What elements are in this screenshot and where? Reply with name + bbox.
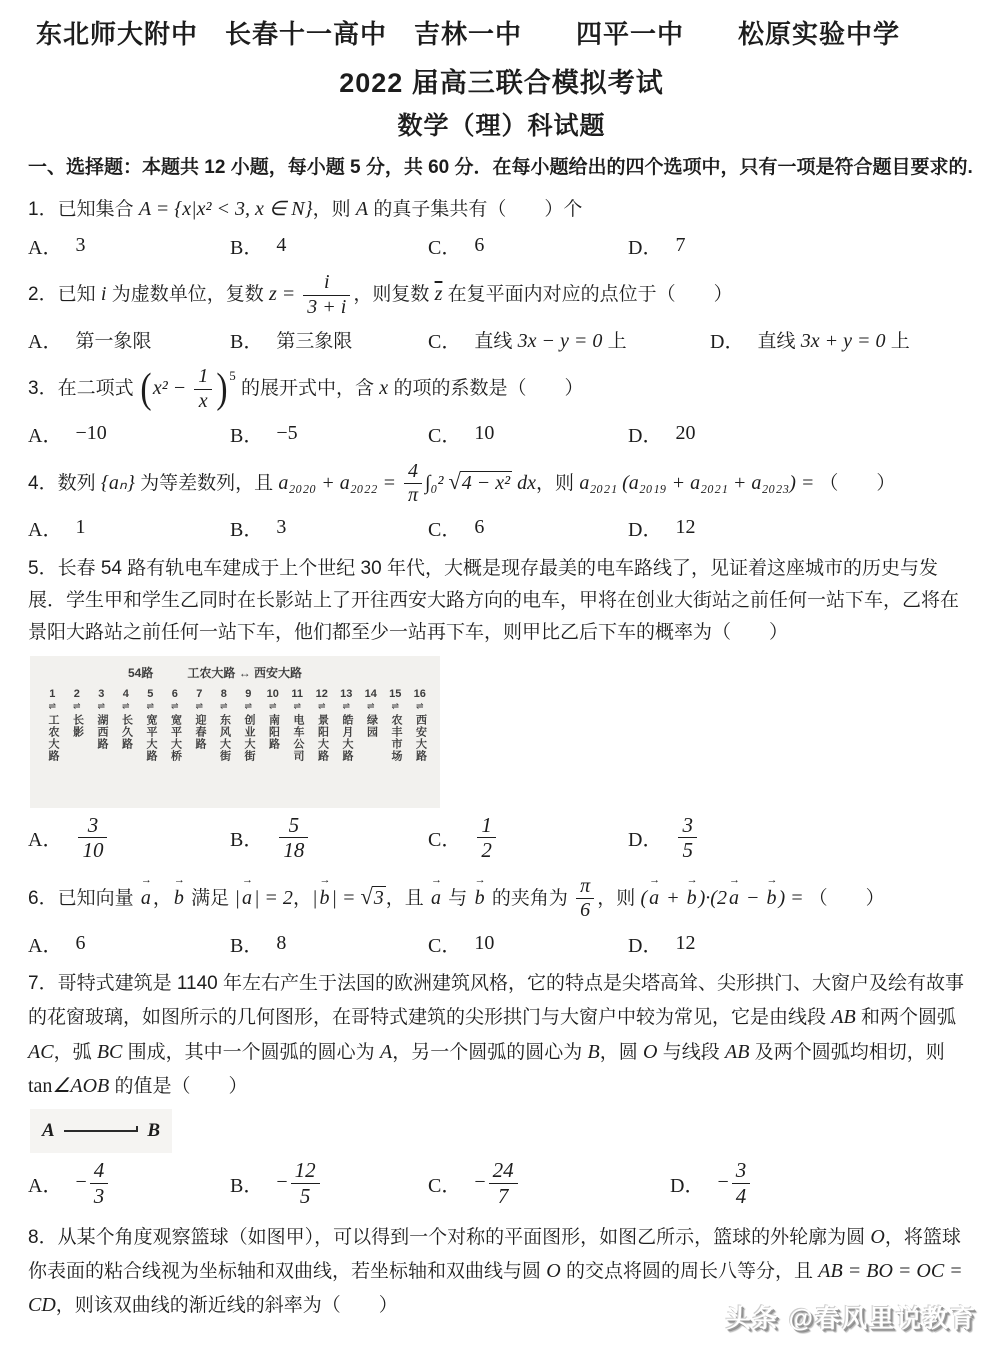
vector-arrow-icon: → — [475, 871, 486, 890]
option-content: −125 — [276, 1157, 322, 1209]
station-name: 皓月大路 — [340, 714, 352, 798]
option: B．4 — [230, 230, 428, 260]
math-run: 3x − y = 0 — [518, 330, 603, 352]
station-marker-icon: ⇌ — [97, 701, 105, 712]
text-run: 为等差数列，且 — [135, 473, 279, 494]
math-run: O — [546, 1260, 560, 1282]
option-label: D． — [628, 231, 662, 260]
option: B．−125 — [230, 1157, 428, 1209]
denominator: 5 — [291, 1184, 320, 1208]
station-marker-icon: ⇌ — [73, 701, 81, 712]
vector-symbol: a→ — [139, 881, 153, 915]
vector-letter: b — [766, 887, 776, 909]
square-root: √3 — [360, 887, 385, 909]
fraction: 12 — [477, 814, 496, 862]
question-7-stem: 7．哥特式建筑是 1140 年左右产生于法国的欧洲建筑风格，它的特点是尖塔高耸、… — [28, 968, 975, 1103]
math-run: ) = — [778, 887, 808, 909]
option-label: C． — [428, 513, 461, 542]
text-run: ，圆 — [600, 1042, 643, 1063]
numerator: 5 — [279, 814, 308, 839]
math-run: ∫₀² — [425, 472, 448, 494]
radical-sign: √ — [448, 469, 460, 494]
option-content: 3 — [276, 516, 286, 539]
math-run: x — [379, 378, 388, 400]
option-content: 6 — [75, 932, 85, 955]
question-1-stem: 1．已知集合 A = {x|x² < 3, x ∈ N}，则 A 的真子集共有（… — [28, 192, 975, 226]
math-run: + — [661, 887, 685, 909]
math-run: dx — [512, 472, 536, 494]
denominator: 10 — [78, 838, 107, 862]
text-run: 7．哥特式建筑是 1140 年左右产生于法国的欧洲建筑风格，它的特点是尖塔高耸、… — [28, 973, 964, 1028]
vector-symbol: a→ — [429, 881, 443, 915]
station-name: 南阳路 — [267, 714, 279, 798]
math-upright-run: 12 — [675, 516, 695, 538]
question-3-stem: 3．在二项式 (x² − 1x)5 的展开式中，含 x 的项的系数是（ ） — [28, 364, 975, 414]
question-6-stem: 6．已知向量 a→，b→ 满足 |a→| = 2，|b→| = √3，且 a→ … — [28, 874, 975, 924]
station-marker-icon: ⇌ — [342, 701, 350, 712]
text-run: 上 — [885, 331, 909, 352]
station-number: 9 — [245, 688, 251, 700]
station-number: 11 — [291, 688, 303, 700]
station-name: 东风大街 — [218, 714, 230, 798]
math-upright-run: 8 — [276, 932, 286, 954]
option-label: A． — [28, 513, 62, 542]
fraction: π6 — [576, 876, 594, 922]
text-run: 和两个圆弧 — [856, 1007, 956, 1028]
option-content: −43 — [75, 1157, 111, 1209]
station-marker-icon: ⇌ — [293, 701, 301, 712]
station-number: 10 — [267, 688, 279, 700]
route-station: 1⇌工农大路 — [40, 688, 65, 798]
station-number: 4 — [123, 688, 129, 700]
text-run: ，则 — [597, 888, 640, 909]
route-station: 14⇌绿园 — [359, 688, 384, 798]
text-run: ，则 — [313, 199, 356, 220]
option-content: 6 — [474, 234, 484, 257]
text-run: 与线段 — [657, 1042, 725, 1063]
station-name: 绿园 — [365, 714, 377, 798]
denominator: 5 — [678, 838, 697, 862]
vector-arrow-icon: → — [729, 871, 740, 890]
option: D．−34 — [670, 1157, 975, 1209]
numerator: i — [303, 272, 350, 296]
option: A．3 — [28, 230, 230, 260]
station-number: 1 — [49, 688, 55, 700]
option-label: D． — [710, 325, 744, 354]
fraction: 1x — [194, 366, 212, 412]
option-content: 12 — [474, 812, 499, 864]
option-label: C． — [428, 419, 461, 448]
option: C．直线 3x − y = 0 上 — [428, 324, 710, 354]
option-label: D． — [670, 1169, 704, 1198]
vector-arrow-icon: → — [174, 871, 185, 890]
numerator: 4 — [90, 1159, 109, 1184]
route-station: 16⇌西安大路 — [408, 688, 433, 798]
question-2-options: A．第一象限B．第三象限C．直线 3x − y = 0 上D．直线 3x + y… — [28, 324, 975, 354]
option-label: A． — [28, 231, 62, 260]
vector-letter: a — [431, 887, 441, 909]
option: C．6 — [428, 230, 628, 260]
route-station: 8⇌东风大街 — [212, 688, 237, 798]
option-content: 直线 3x + y = 0 上 — [757, 326, 909, 353]
option-label: D． — [628, 513, 662, 542]
option-label: B． — [230, 513, 263, 542]
station-number: 2 — [74, 688, 80, 700]
text-run: 的真子集共有（ ）个 — [368, 199, 582, 220]
fraction: 310 — [78, 814, 107, 862]
option-content: 直线 3x − y = 0 上 — [474, 326, 626, 353]
question-4-options: A．1B．3C．6D．12 — [28, 513, 975, 543]
denominator: x — [194, 390, 212, 413]
tram-route-figure: 54路 工农大路 ↔ 西安大路 1⇌工农大路2⇌长影3⇌湖西路4⇌长久路5⇌宽平… — [30, 656, 440, 808]
math-run: ∠AOB — [52, 1075, 109, 1097]
option-content: 35 — [675, 812, 700, 864]
station-name: 农丰市场 — [389, 714, 401, 798]
option: A．310 — [28, 812, 230, 864]
text-run: 1．已知集合 — [28, 199, 139, 220]
option-content: 10 — [474, 932, 494, 955]
option-label: D． — [628, 929, 662, 958]
vector-symbol: b→ — [685, 881, 699, 915]
vector-arrow-icon: → — [649, 871, 660, 890]
station-number: 14 — [365, 688, 377, 700]
option-label: A． — [28, 419, 62, 448]
option-content: 12 — [675, 932, 695, 955]
math-run: BC — [97, 1041, 123, 1063]
vector-symbol: a→ — [240, 881, 254, 915]
math-run: a₂₀₂₀ + a₂₀₂₂ = — [278, 472, 401, 494]
vector-symbol: a→ — [647, 881, 661, 915]
math-upright-run: − — [276, 1171, 287, 1193]
vector-arrow-icon: → — [319, 871, 330, 890]
route-line-label: 54路 — [128, 664, 153, 681]
fraction: 35 — [678, 814, 697, 862]
text-run: 的值是（ ） — [109, 1076, 247, 1097]
option-content: 8 — [276, 932, 286, 955]
station-name: 长影 — [71, 714, 83, 798]
question-4-stem: 4．数列 {aₙ} 为等差数列，且 a₂₀₂₀ + a₂₀₂₂ = 4π∫₀² … — [28, 459, 975, 509]
text-run: 3．在二项式 — [28, 379, 139, 400]
vector-arrow-icon: → — [687, 871, 698, 890]
math-run: | = — [331, 887, 360, 909]
question-1-options: A．3B．4C．6D．7 — [28, 230, 975, 260]
fraction: 247 — [489, 1159, 518, 1207]
option-label: C． — [428, 231, 461, 260]
point-a-label: A — [42, 1120, 55, 1142]
text-run: 直线 — [757, 331, 800, 352]
option-label: B． — [230, 929, 263, 958]
text-run: 的展开式中，含 — [236, 379, 380, 400]
option-label: C． — [428, 929, 461, 958]
station-number: 7 — [196, 688, 202, 700]
math-run: AB — [725, 1041, 749, 1063]
vector-symbol: b→ — [317, 881, 331, 915]
option: A．−43 — [28, 1157, 230, 1209]
text-run: ，则 — [536, 473, 579, 494]
station-number: 13 — [340, 688, 352, 700]
math-run: | = 2 — [254, 887, 293, 909]
station-marker-icon: ⇌ — [122, 701, 130, 712]
math-upright-run: 6 — [474, 234, 484, 256]
station-marker-icon: ⇌ — [48, 701, 56, 712]
big-paren: ( — [140, 371, 151, 409]
numerator: 1 — [477, 814, 496, 839]
option-label: B． — [230, 231, 263, 260]
option: C．−247 — [428, 1157, 670, 1209]
vector-arrow-icon: → — [242, 871, 253, 890]
segment-line — [64, 1130, 139, 1132]
header-school-names: 东北师大附中 长春十一高中 吉林一中 四平一中 松原实验中学 — [28, 14, 975, 51]
text-run: 6．已知向量 — [28, 888, 139, 909]
vector-letter: a — [242, 887, 252, 909]
text-run: （ ） — [809, 888, 885, 909]
option-content: −5 — [276, 422, 297, 445]
vector-letter: a — [649, 887, 659, 909]
station-name: 景阳大路 — [316, 714, 328, 798]
option: B．−5 — [230, 419, 428, 449]
text-run: 在复平面内对应的点位于（ ） — [442, 284, 732, 305]
arch-segment-figure: A B — [30, 1109, 172, 1153]
station-number: 6 — [172, 688, 178, 700]
option: C．6 — [428, 513, 628, 543]
exam-title: 2022 届高三联合模拟考试 — [28, 61, 975, 100]
vector-letter: a — [141, 887, 151, 909]
fraction: 518 — [279, 814, 308, 862]
math-upright-run: 20 — [675, 422, 695, 444]
radical-sign: √ — [360, 884, 372, 909]
station-marker-icon: ⇌ — [146, 701, 154, 712]
numerator: 3 — [732, 1159, 751, 1184]
math-upright-run: 10 — [474, 932, 494, 954]
text-run: ， — [153, 888, 172, 909]
station-marker-icon: ⇌ — [318, 701, 326, 712]
option-content: 1 — [75, 516, 85, 539]
route-station: 2⇌长影 — [65, 688, 90, 798]
math-run: 3x + y = 0 — [801, 330, 886, 352]
option: A．6 — [28, 928, 230, 958]
option-label: A． — [28, 929, 62, 958]
math-upright-run: 3 — [276, 516, 286, 538]
numerator: 4 — [404, 461, 422, 485]
math-upright-run: 7 — [675, 234, 685, 256]
math-run: x² − — [153, 378, 191, 400]
station-marker-icon: ⇌ — [195, 701, 203, 712]
numerator: 12 — [291, 1159, 320, 1184]
station-marker-icon: ⇌ — [391, 701, 399, 712]
vector-arrow-icon: → — [766, 871, 777, 890]
option-label: B． — [230, 325, 263, 354]
option-content: −10 — [75, 422, 106, 445]
option-content: 310 — [75, 812, 110, 864]
station-number: 16 — [414, 688, 426, 700]
denominator: 6 — [576, 899, 594, 922]
route-station: 12⇌景阳大路 — [310, 688, 335, 798]
station-name: 湖西路 — [95, 714, 107, 798]
math-run: )·(2 — [699, 887, 727, 909]
denominator: 18 — [279, 838, 308, 862]
vector-letter: b — [174, 887, 184, 909]
station-name: 西安大路 — [414, 714, 426, 798]
station-marker-icon: ⇌ — [171, 701, 179, 712]
option-label: D． — [628, 419, 662, 448]
station-marker-icon: ⇌ — [416, 701, 424, 712]
text-run: ，则复数 — [353, 284, 434, 305]
numerator: 3 — [678, 814, 697, 839]
math-upright-run: − — [474, 1171, 485, 1193]
text-run: ，且 — [386, 888, 429, 909]
math-upright-run: −5 — [276, 422, 297, 444]
option-content: −34 — [717, 1157, 753, 1209]
text-run: 与 — [443, 888, 473, 909]
radicand: 3 — [372, 886, 386, 909]
text-run: 的交点将圆的周长八等分，且 — [561, 1261, 819, 1282]
question-2-stem: 2．已知 i 为虚数单位，复数 z = i3 + i，则复数 z 在复平面内对应… — [28, 270, 975, 320]
station-name: 长久路 — [120, 714, 132, 798]
vector-letter: b — [475, 887, 485, 909]
station-name: 工农大路 — [46, 714, 58, 798]
question-6-options: A．6B．8C．10D．12 — [28, 928, 975, 958]
station-name: 迎春路 — [193, 714, 205, 798]
math-upright-run: − — [75, 1171, 86, 1193]
option-label: C． — [428, 1169, 461, 1198]
option: D．7 — [628, 230, 975, 260]
math-upright-run: 10 — [474, 422, 494, 444]
question-5-stem: 5．长春 54 路有轨电车建成于上个世纪 30 年代，大概是现存最美的电车路线了… — [28, 553, 975, 650]
fraction: 125 — [291, 1159, 320, 1207]
square-root: √4 − x² — [448, 472, 512, 494]
text-run: 直线 — [474, 331, 517, 352]
option-label: D． — [628, 823, 662, 852]
option: C．12 — [428, 812, 628, 864]
route-station: 15⇌农丰市场 — [383, 688, 408, 798]
denominator: 3 — [90, 1184, 109, 1208]
math-upright-run: −10 — [75, 422, 106, 444]
question-3-options: A．−10B．−5C．10D．20 — [28, 419, 975, 449]
option-content: 20 — [675, 422, 695, 445]
route-station: 9⇌创业大街 — [236, 688, 261, 798]
math-run: O — [643, 1041, 657, 1063]
route-station: 5⇌宽平大路 — [138, 688, 163, 798]
question-5-options: A．310B．518C．12D．35 — [28, 812, 975, 864]
option-label: A． — [28, 823, 62, 852]
option-content: 10 — [474, 422, 494, 445]
math-upright-run: tan — [28, 1075, 52, 1097]
math-run: z = — [269, 283, 300, 305]
text-run: 上 — [602, 331, 626, 352]
option: B．第三象限 — [230, 324, 428, 354]
station-name: 电车公司 — [291, 714, 303, 798]
station-marker-icon: ⇌ — [269, 701, 277, 712]
math-run: {aₙ} — [101, 472, 135, 494]
exam-page: 东北师大附中 长春十一高中 吉林一中 四平一中 松原实验中学 2022 届高三联… — [0, 0, 1003, 1323]
fraction: i3 + i — [303, 272, 350, 318]
route-station: 11⇌电车公司 — [285, 688, 310, 798]
text-run: 2．已知 — [28, 284, 101, 305]
fraction: 34 — [732, 1159, 751, 1207]
option: D．12 — [628, 928, 975, 958]
vector-arrow-icon: → — [431, 871, 442, 890]
question-7-options: A．−43B．−125C．−247D．−34 — [28, 1157, 975, 1209]
math-run: A = {x|x² < 3, x ∈ N} — [139, 198, 313, 220]
station-number: 3 — [98, 688, 104, 700]
denominator: 4 — [732, 1184, 751, 1208]
text-run: 及两个圆弧均相切，则 — [749, 1042, 944, 1063]
denominator: 2 — [477, 838, 496, 862]
option-label: B． — [230, 1169, 263, 1198]
option-label: B． — [230, 823, 263, 852]
option: B．518 — [230, 812, 428, 864]
text-run: ，另一个圆弧的圆心为 — [392, 1042, 587, 1063]
fraction: 43 — [90, 1159, 109, 1207]
denominator: 7 — [489, 1184, 518, 1208]
math-upright-run: − — [717, 1171, 728, 1193]
option: D．12 — [628, 513, 975, 543]
vector-symbol: b→ — [172, 881, 186, 915]
option-content: 3 — [75, 234, 85, 257]
option-content: 518 — [276, 812, 311, 864]
text-run: 4．数列 — [28, 473, 101, 494]
vector-symbol: b→ — [764, 881, 778, 915]
station-number: 12 — [316, 688, 328, 700]
text-run: 第三象限 — [276, 331, 352, 352]
math-run: O — [870, 1226, 884, 1248]
text-run: 的项的系数是（ ） — [388, 379, 583, 400]
denominator: 3 + i — [303, 296, 350, 319]
denominator: π — [404, 484, 422, 507]
station-marker-icon: ⇌ — [220, 701, 228, 712]
text-run: 满足 — [186, 888, 235, 909]
option: A．1 — [28, 513, 230, 543]
station-number: 8 — [221, 688, 227, 700]
option-content: 4 — [276, 234, 286, 257]
text-run: 为虚数单位，复数 — [106, 284, 269, 305]
numerator: π — [576, 876, 594, 900]
exam-subtitle: 数学（理）科试题 — [28, 106, 975, 142]
math-run: a₂₀₂₁ (a₂₀₁₉ + a₂₀₂₁ + a₂₀₂₃) = — [579, 472, 819, 494]
vector-letter: b — [687, 887, 697, 909]
text-run: ，弧 — [54, 1042, 97, 1063]
route-station: 7⇌迎春路 — [187, 688, 212, 798]
text-run: 围成，其中一个圆弧的圆心为 — [122, 1042, 380, 1063]
route-header: 54路 工农大路 ↔ 西安大路 — [34, 664, 436, 681]
option-label: A． — [28, 325, 62, 354]
math-upright-run: 6 — [474, 516, 484, 538]
station-name: 创业大街 — [242, 714, 254, 798]
station-number: 15 — [389, 688, 401, 700]
text-run: （ ） — [819, 473, 895, 494]
option: B．3 — [230, 513, 428, 543]
text-run: 的夹角为 — [487, 888, 574, 909]
vector-symbol: a→ — [727, 881, 741, 915]
point-b-label: B — [147, 1120, 160, 1142]
option-label: A． — [28, 1169, 62, 1198]
radicand: 4 − x² — [460, 471, 512, 494]
vector-letter: b — [319, 887, 329, 909]
route-station: 13⇌皓月大路 — [334, 688, 359, 798]
math-run: AC — [28, 1041, 54, 1063]
option-content: 7 — [675, 234, 685, 257]
math-run: ( — [640, 887, 647, 909]
option-content: 第一象限 — [75, 326, 151, 353]
fraction: 4π — [404, 461, 422, 507]
station-name: 宽平大桥 — [169, 714, 181, 798]
route-station: 3⇌湖西路 — [89, 688, 114, 798]
numerator: 24 — [489, 1159, 518, 1184]
option-label: B． — [230, 419, 263, 448]
route-station: 4⇌长久路 — [114, 688, 139, 798]
math-run: − — [741, 887, 765, 909]
station-name: 宽平大路 — [144, 714, 156, 798]
